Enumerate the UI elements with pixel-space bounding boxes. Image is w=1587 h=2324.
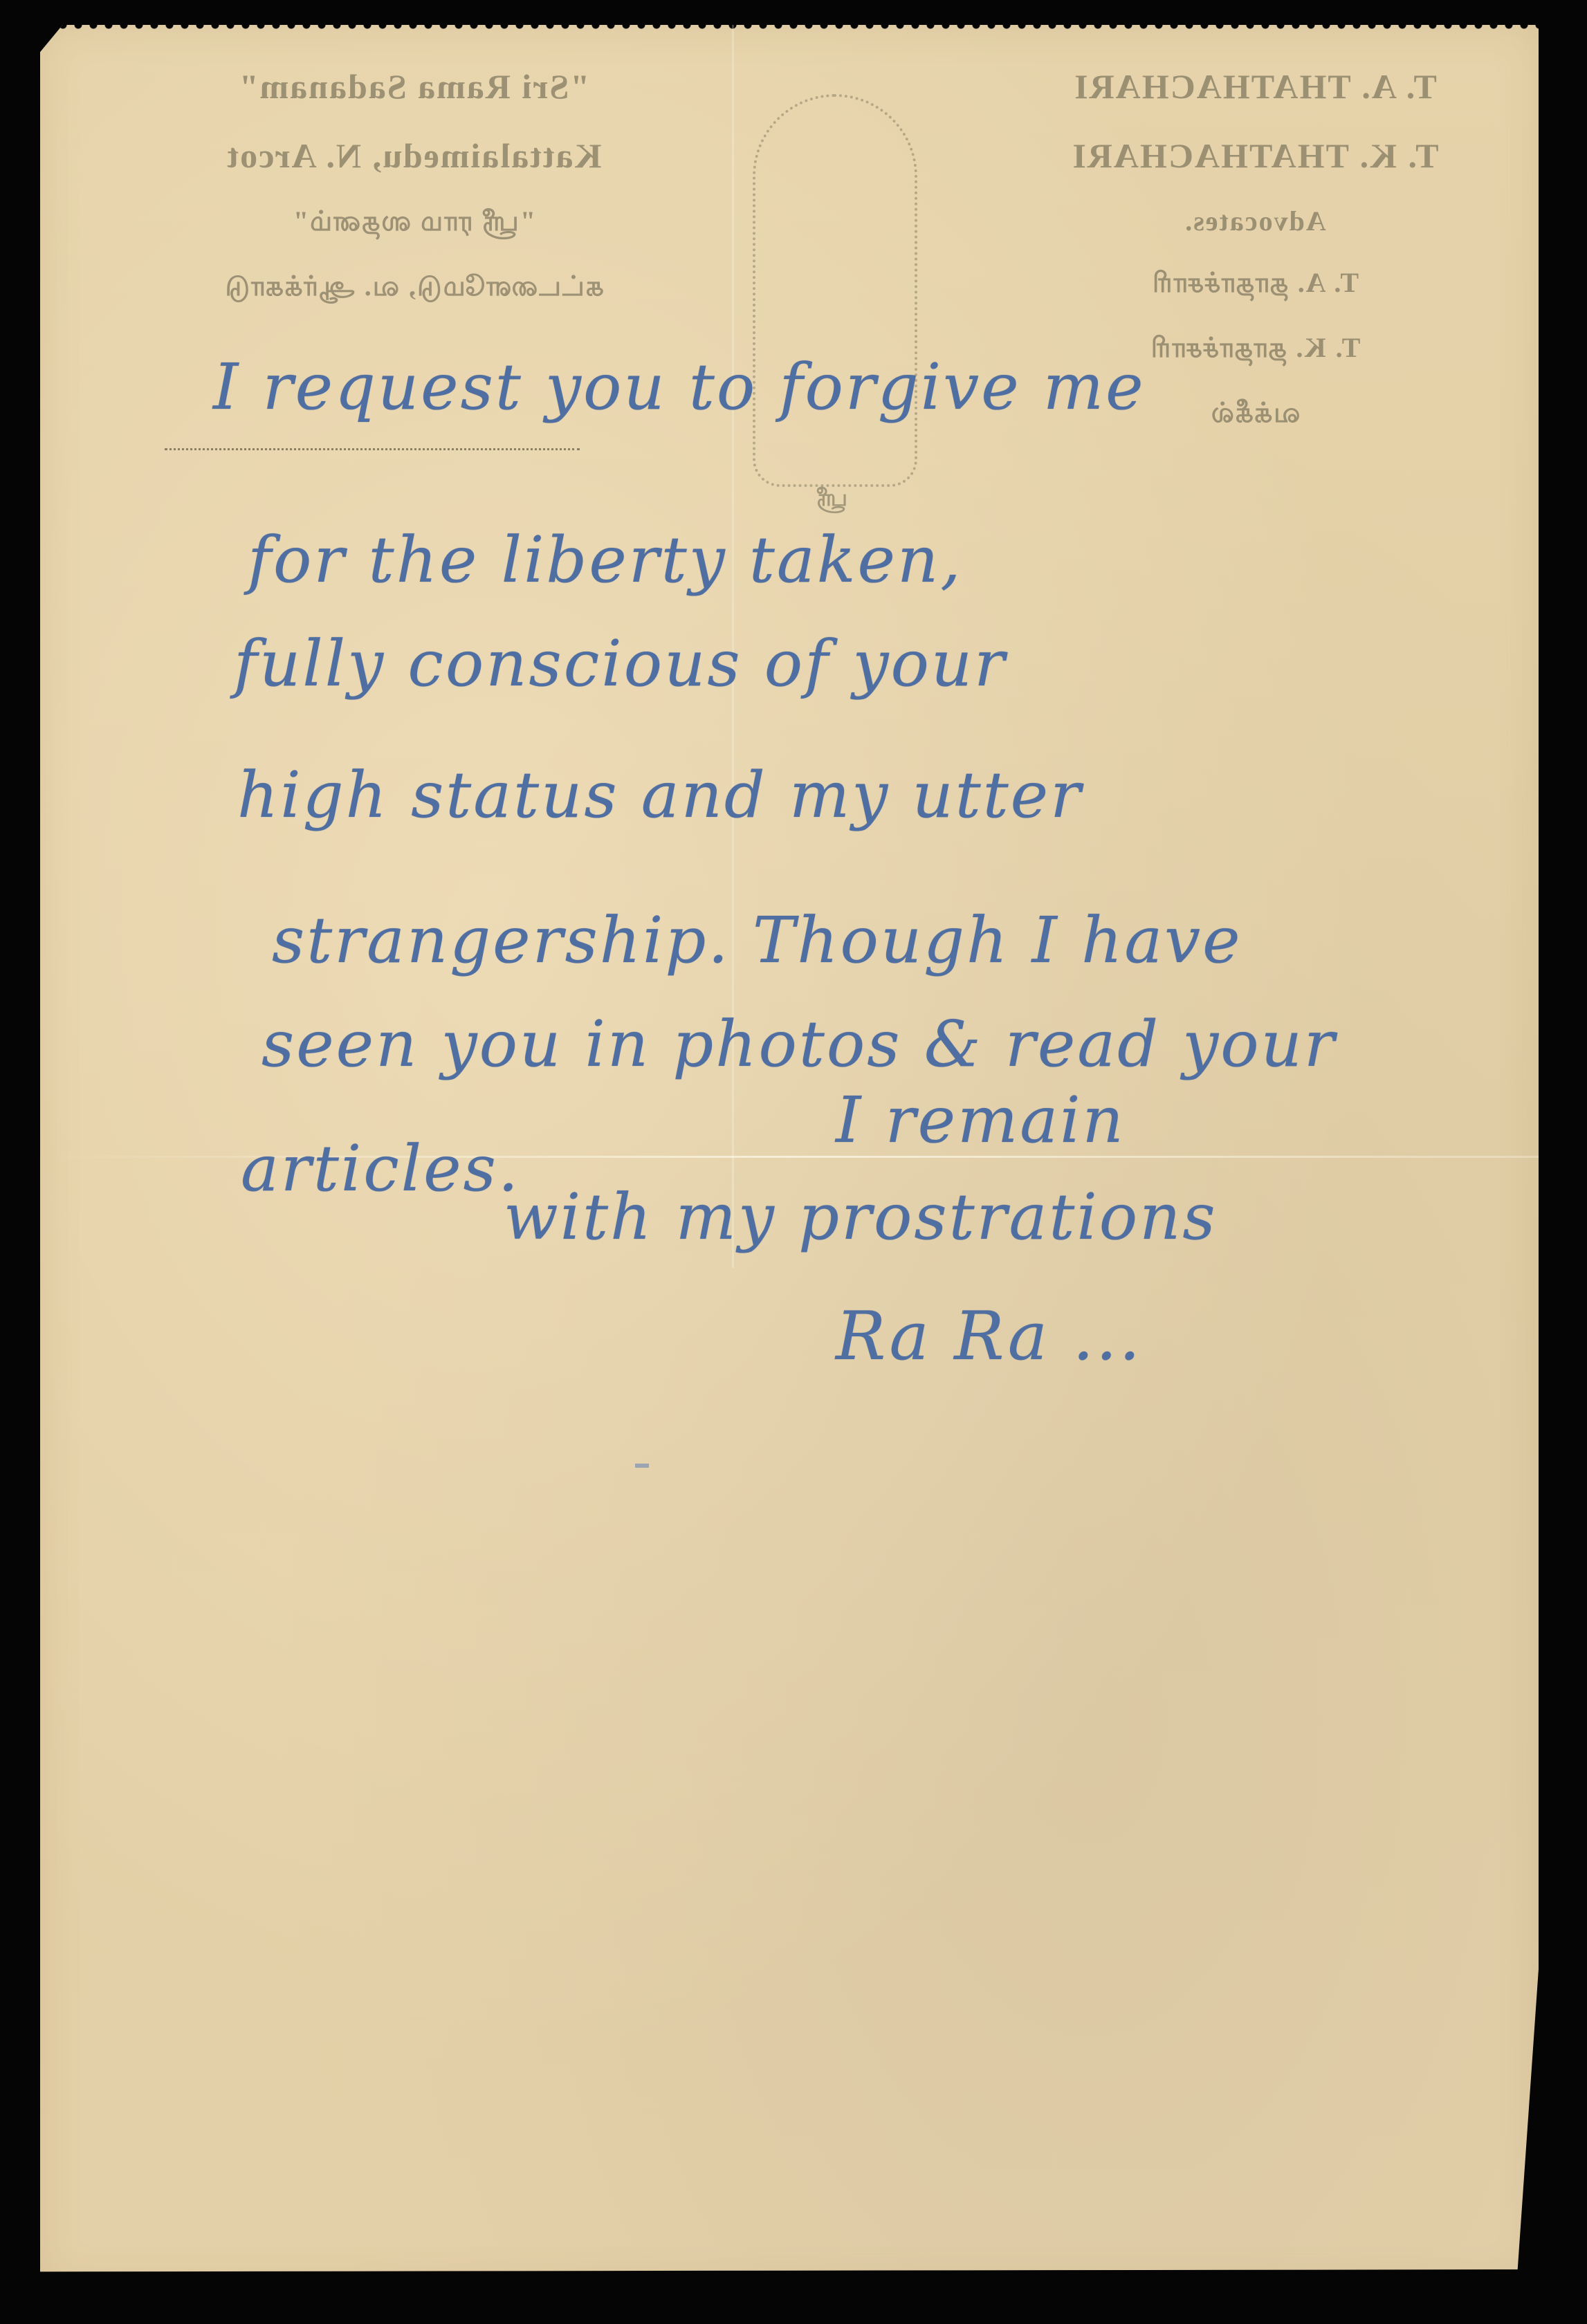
letterhead-profession: Advocates. <box>1013 205 1497 237</box>
ink-mark <box>635 1464 649 1468</box>
date-rule <box>165 448 580 450</box>
letter-line-6: seen you in photos & read your <box>262 1007 1337 1081</box>
letterhead-house-name-tamil: "ஸ்ரீ ராம ஸதனம்" <box>137 205 690 241</box>
letter-line-2: for the liberty taken, <box>248 523 962 597</box>
letterhead-address: Kattalaimedu, N. Arcot <box>137 136 690 176</box>
letter-line-4: high status and my utter <box>237 758 1083 832</box>
signature: Ra Ra ... <box>836 1298 1142 1375</box>
letter-line-7: I remain <box>836 1083 1126 1157</box>
letter-closing: with my prostrations <box>504 1180 1218 1254</box>
letterhead-name-2: T. K. THATHACHARI <box>1013 136 1497 176</box>
letter-line-8: articles. <box>241 1132 520 1206</box>
letter-paper: "Sri Rama Sadanam" Kattalaimedu, N. Arco… <box>40 25 1539 2285</box>
letterhead-house-name: "Sri Rama Sadanam" <box>137 66 690 107</box>
letter-line-1: I request you to forgive me <box>213 350 1146 424</box>
letter-line-5: strangership. Though I have <box>272 903 1242 977</box>
perforated-edge <box>40 25 1539 35</box>
letter-line-3: fully conscious of your <box>234 627 1007 701</box>
letterhead-address-tamil: கட்டளைமேடு, வ. ஆர்க்காடு <box>137 270 690 306</box>
letterhead-name-1: T. A. THATHACHARI <box>1013 66 1497 107</box>
emblem-caption: ஸ்ரீ <box>739 486 926 515</box>
letterhead-left-block: "Sri Rama Sadanam" Kattalaimedu, N. Arco… <box>137 66 690 335</box>
emblem-icon <box>753 94 917 487</box>
letterhead-name-1-tamil: T. A. தாதாச்சாரி <box>1013 266 1497 302</box>
